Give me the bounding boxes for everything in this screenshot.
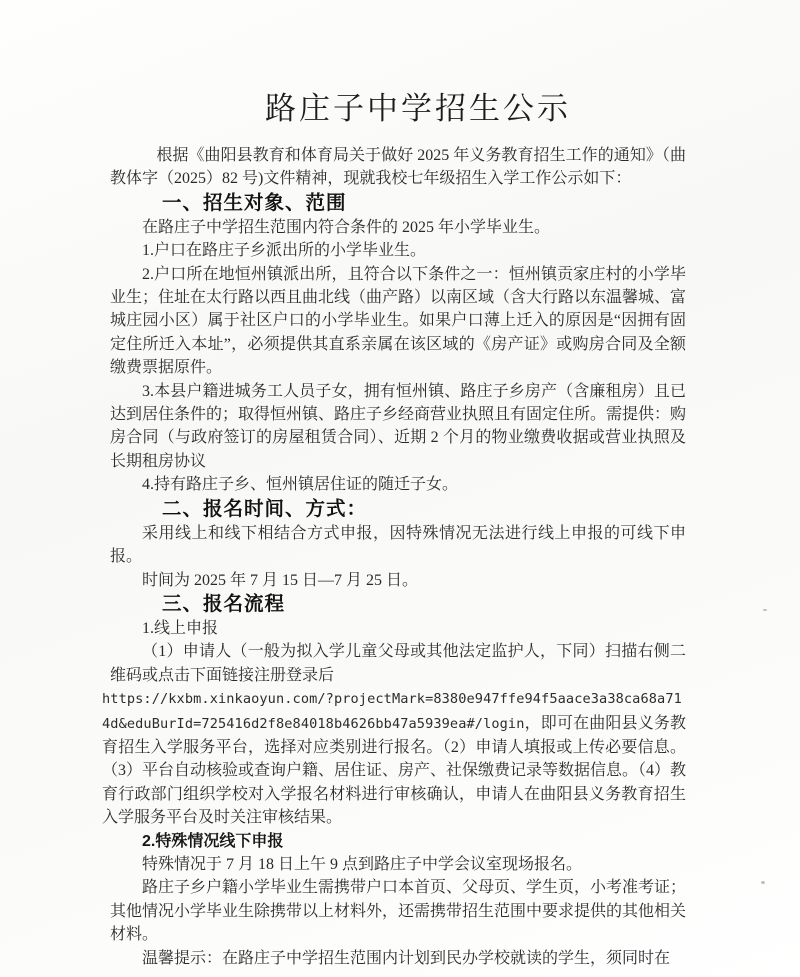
document-photo: 路庄子中学招生公示 根据《曲阳县教育和体育局关于做好 2025 年义务教育招生工… [0, 0, 800, 977]
section-heading-enrollment-scope: 一、招生对象、范围 [110, 191, 686, 216]
paragraph-scope-overview: 在路庄子中学招生范围内符合条件的 2025 年小学毕业生。 [110, 216, 686, 239]
paragraph-reminder: 温馨提示：在路庄子中学招生范围内计划到民办学校就读的学生，须同时在 [110, 947, 686, 970]
paragraph-condition-1: 1.户口在路庄子乡派出所的小学毕业生。 [110, 239, 686, 262]
url-paragraph: https://kxbm.xinkaoyun.com/?projectMark=… [102, 687, 686, 829]
page-title: 路庄子中学招生公示 [0, 88, 800, 130]
paragraph-condition-3: 3.本县户籍进城务工人员子女，拥有恒州镇、路庄子乡房产（含廉租房）且已达到居住条… [110, 380, 686, 474]
paragraph-registration-dates: 时间为 2025 年 7 月 15 日—7 月 25 日。 [110, 569, 686, 592]
photo-speck [761, 881, 765, 884]
paragraph-offline-time: 特殊情况于 7 月 18 日上午 9 点到路庄子中学会议室现场报名。 [110, 853, 686, 876]
paragraph-applicant-instructions: （1）申请人（一般为拟入学儿童父母或其他法定监护人，下同）扫描右侧二维码或点击下… [110, 640, 686, 687]
photo-speck [763, 609, 767, 611]
paragraph-registration-method: 采用线上和线下相结合方式申报，因特殊情况无法进行线上申报的可线下申报。 [110, 522, 686, 569]
paragraph-condition-4: 4.持有路庄子乡、恒州镇居住证的随迁子女。 [110, 473, 686, 496]
paragraph-condition-2: 2.户口所在地恒州镇派出所，且符合以下条件之一：恒州镇贡家庄村的小学毕业生；住址… [110, 263, 686, 380]
section-heading-registration-process: 三、报名流程 [110, 592, 686, 617]
subheading-online-application: 1.线上申报 [110, 617, 686, 640]
document-body: 根据《曲阳县教育和体育局关于做好 2025 年义务教育招生工作的通知》（曲教体字… [110, 144, 686, 970]
subheading-offline-application: 2.特殊情况线下申报 [110, 830, 686, 853]
intro-paragraph: 根据《曲阳县教育和体育局关于做好 2025 年义务教育招生工作的通知》（曲教体字… [110, 144, 686, 191]
paragraph-offline-materials: 路庄子乡户籍小学毕业生需携带户口本首页、父母页、学生页，小考准考证；其他情况小学… [110, 876, 686, 946]
section-heading-registration-time: 二、报名时间、方式： [110, 497, 686, 522]
